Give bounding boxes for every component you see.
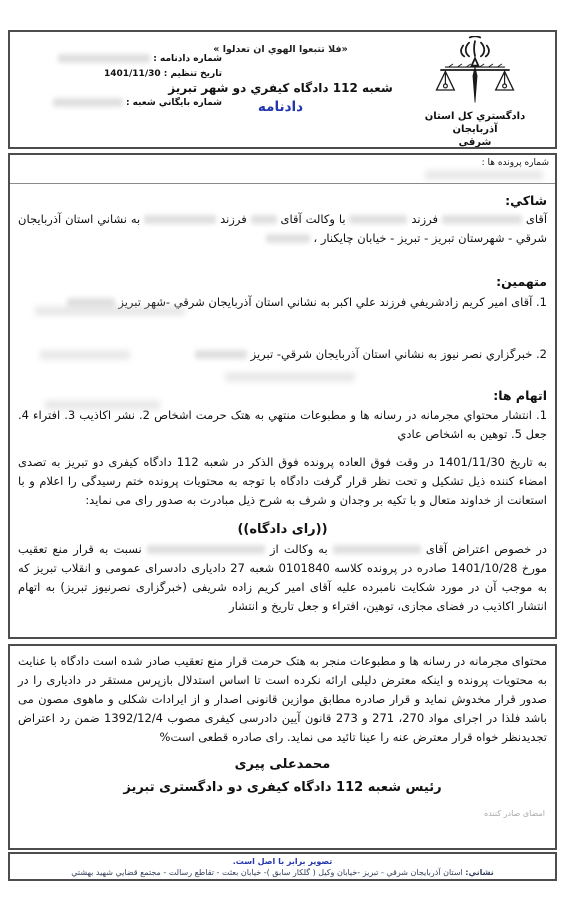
judge-name: محمدعلی پيری xyxy=(18,757,547,772)
footer-box: تصوير برابر با اصل است. نشاني: استان آذر… xyxy=(8,852,557,881)
charges-list: 1. انتشار محتواي مجرمانه در رسانه ها و م… xyxy=(18,406,547,444)
verdict-p1-seg1: در خصوص اعتراض آقای xyxy=(426,542,547,556)
compose-date-row: تاريخ تنظيم : 1401/11/30 xyxy=(26,67,222,82)
redacted-name xyxy=(144,215,216,224)
redacted-name xyxy=(333,545,421,554)
redacted-name xyxy=(349,215,407,224)
redacted-name xyxy=(251,215,277,224)
judgment-number-label: شماره دادنامه : xyxy=(153,54,222,64)
archive-number-row: شماره بايگاني شعبه : xyxy=(26,96,222,111)
header-meta-block: شماره دادنامه : تاريخ تنظيم : 1401/11/30… xyxy=(26,52,222,111)
redacted-name xyxy=(147,545,265,554)
header-box: دادگستري کل استان آذربايجان شرقي «فلا تت… xyxy=(8,30,557,149)
org-name-line2: شرقي xyxy=(401,136,549,149)
plaintiff-seg3: با وکالت آقای xyxy=(281,212,346,226)
verdict-paragraph-2: محتوای مجرمانه در رسانه ها و مطبوعات منج… xyxy=(18,652,547,747)
plaintiff-seg2: فرزند xyxy=(411,212,438,226)
defendants-heading: متهمين: xyxy=(18,274,547,289)
address-label: نشاني: xyxy=(465,868,493,877)
plaintiff-seg4: فرزند xyxy=(220,212,247,226)
session-preamble: به تاريخ 1401/11/30 در وقت فوق العاده پر… xyxy=(18,453,547,510)
redacted-archive-number xyxy=(53,98,123,107)
case-numbers-label: شماره پرونده ها : xyxy=(482,158,549,168)
case-numbers-row: شماره پرونده ها : xyxy=(10,155,555,184)
plaintiff-heading: شاکي: xyxy=(18,193,547,208)
court-judgment-page: دادگستري کل استان آذربايجان شرقي «فلا تت… xyxy=(0,0,567,910)
org-name-line1: دادگستري کل استان آذربايجان xyxy=(401,110,549,136)
address-text: استان آذربايجان شرقي - تبريز -خيابان وکي… xyxy=(71,868,463,877)
plaintiff-details: آقای فرزند با وکالت آقای فرزند به نشاني … xyxy=(18,210,547,248)
main-content-box: شماره پرونده ها : شاکي: آقای فرزند با وک… xyxy=(8,153,557,639)
judge-title: رئيس شعبه 112 دادگاه کيفری دو دادگستری ت… xyxy=(18,780,547,795)
redacted-judgment-number xyxy=(58,54,150,63)
judgment-number-row: شماره دادنامه : xyxy=(26,52,222,67)
redacted-name xyxy=(442,215,522,224)
issuer-signature-note: امضای صادر کننده xyxy=(18,809,547,818)
judiciary-logo-block: دادگستري کل استان آذربايجان شرقي xyxy=(401,36,549,149)
justice-scales-icon xyxy=(416,36,534,110)
main-content: شاکي: آقای فرزند با وکالت آقای فرزند به … xyxy=(10,184,555,616)
redacted-line xyxy=(35,306,185,316)
plaintiff-seg1: آقای xyxy=(526,212,547,226)
redacted-address xyxy=(195,350,247,359)
compose-date-label: تاريخ تنظيم : xyxy=(164,69,222,79)
redacted-line xyxy=(225,372,355,382)
redacted-case-number xyxy=(425,170,543,180)
verdict-paragraph-1: در خصوص اعتراض آقای به وکالت از نسبت به … xyxy=(18,540,547,616)
redacted-address xyxy=(266,234,310,243)
redacted-line xyxy=(45,400,160,410)
court-address: نشاني: استان آذربايجان شرقي - تبريز -خيا… xyxy=(10,867,555,878)
redacted-line xyxy=(40,350,130,360)
verdict-p1-seg2: به وکالت از xyxy=(270,542,328,556)
archive-number-label: شماره بايگاني شعبه : xyxy=(126,98,222,108)
verdict-heading: ((رای دادگاه)) xyxy=(18,522,547,537)
certified-copy-note: تصوير برابر با اصل است. xyxy=(10,856,555,867)
meta-spacer xyxy=(26,82,222,96)
redacted-address xyxy=(67,298,115,307)
compose-date-value: 1401/11/30 xyxy=(104,69,161,79)
defendant-2-text: 2. خبرگزاري نصر نيوز به نشاني استان آذرب… xyxy=(251,347,547,361)
plaintiff-seg5: به نشاني استان xyxy=(65,212,140,226)
ruling-continuation-box: محتوای مجرمانه در رسانه ها و مطبوعات منج… xyxy=(8,644,557,850)
